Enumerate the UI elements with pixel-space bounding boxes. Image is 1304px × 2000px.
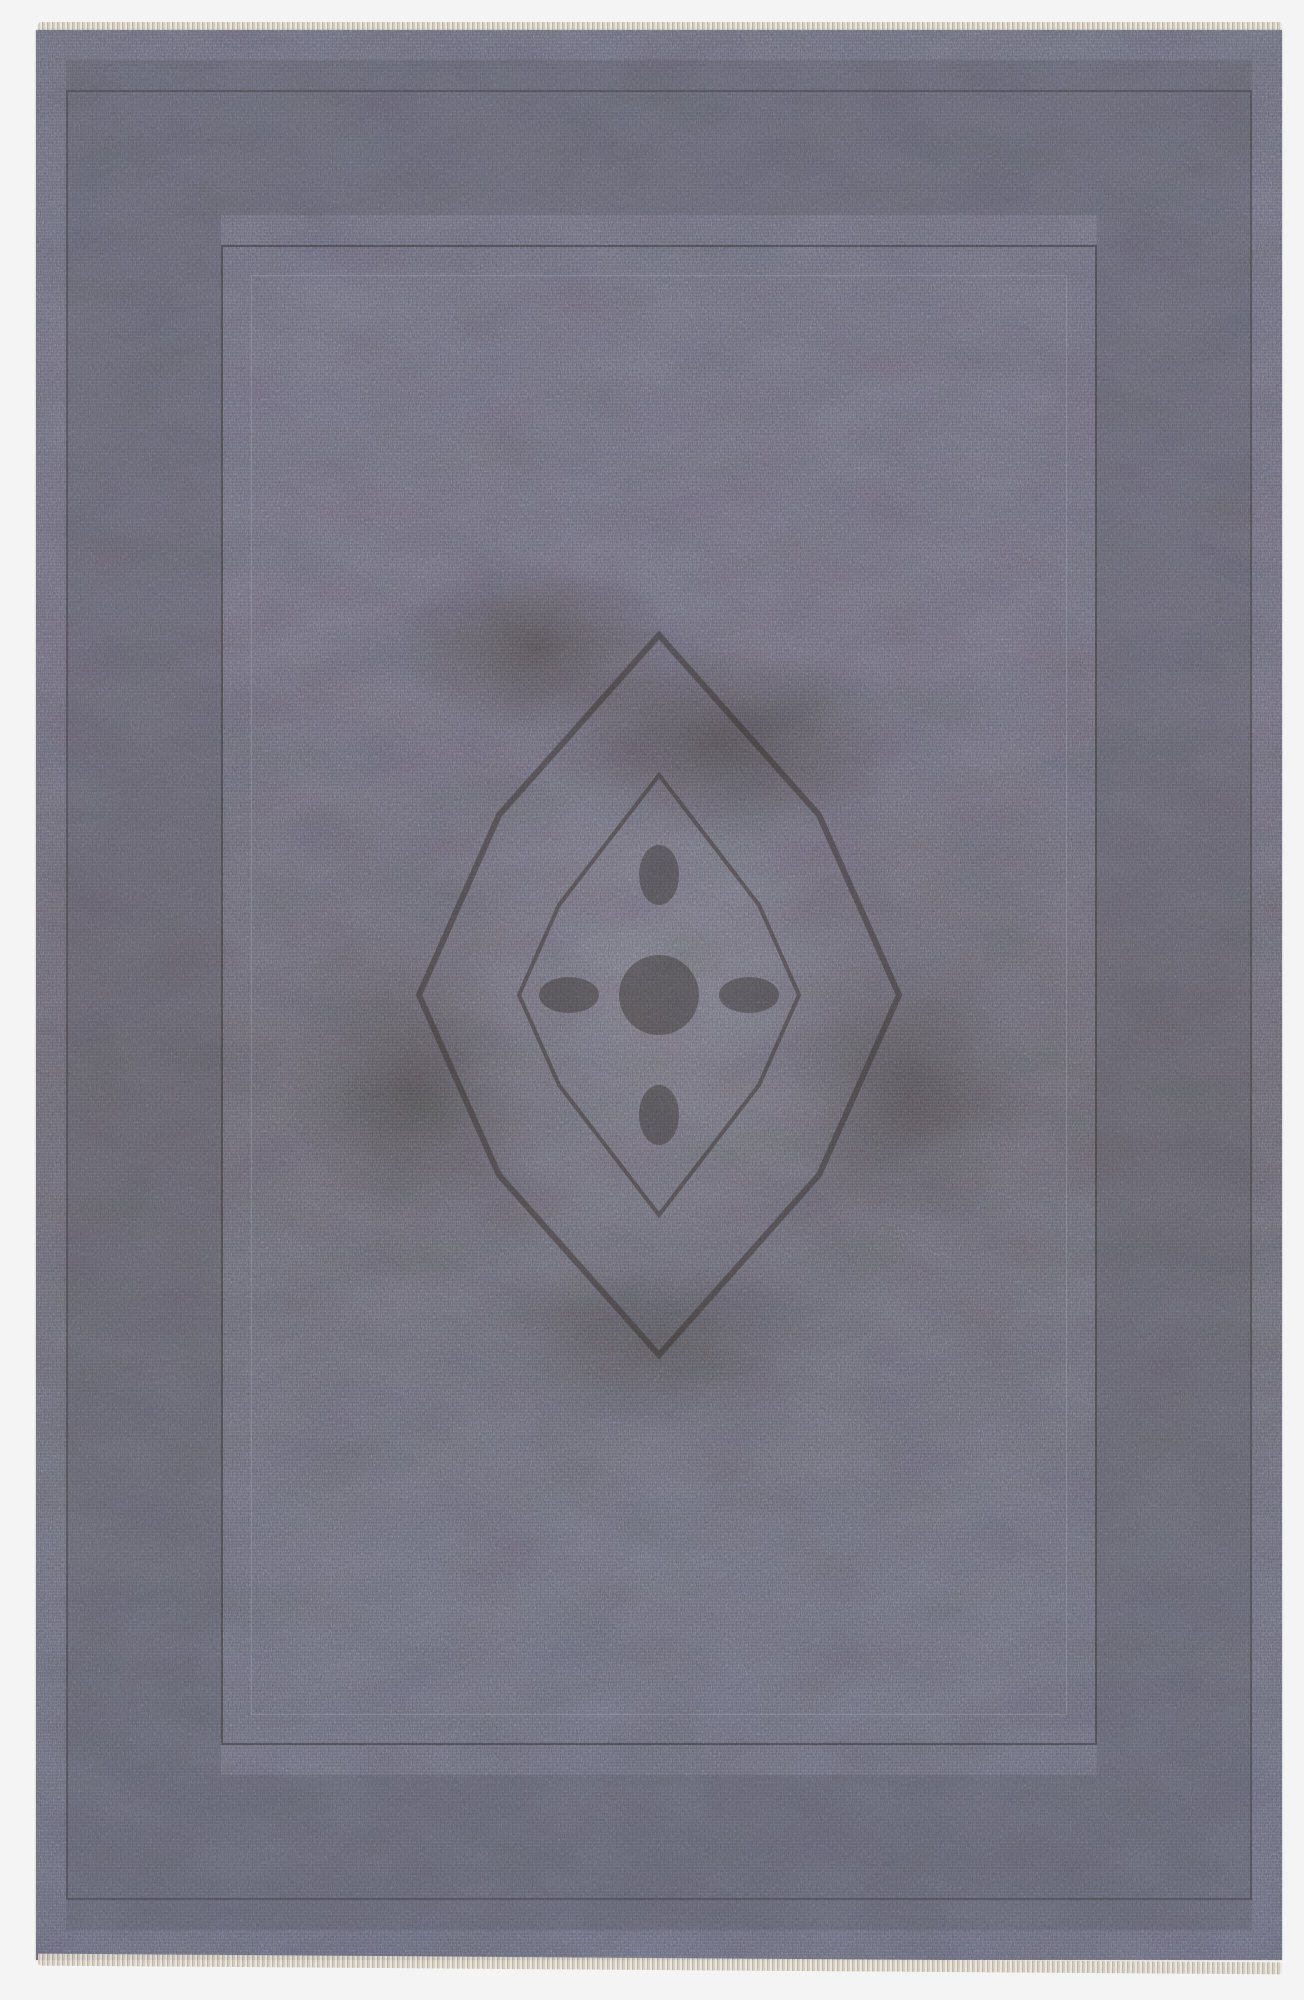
image-subject: Overdyed vintage Persian-style rug, grey… [0, 0, 1, 1]
central-medallion [399, 615, 919, 1375]
rug [36, 30, 1282, 1960]
